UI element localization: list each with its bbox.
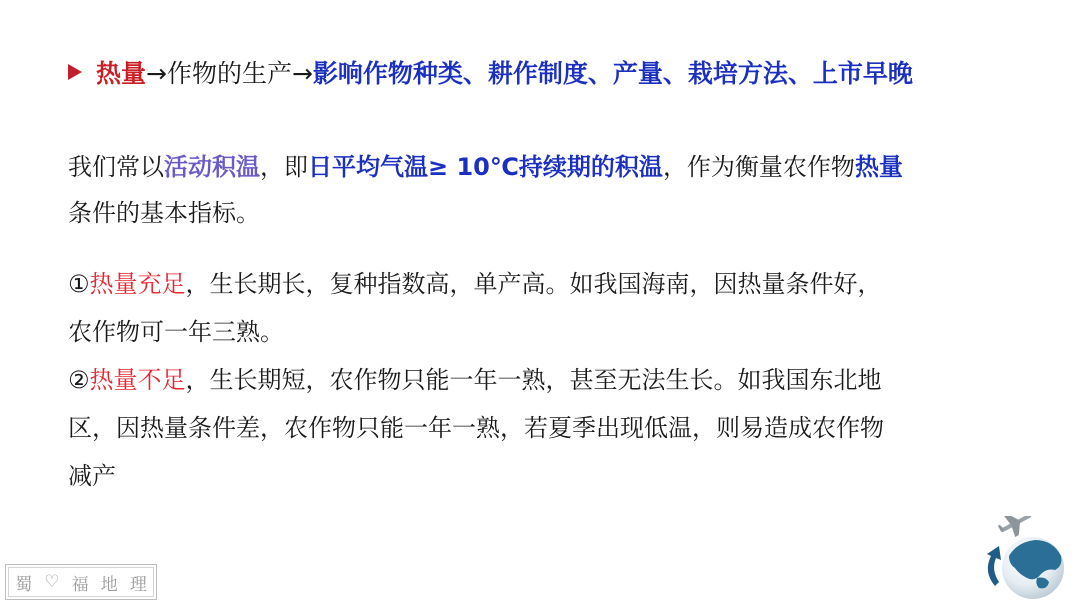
- logo-glyph: 理: [130, 570, 147, 595]
- item-marker: ②: [68, 366, 90, 394]
- arrow-bullet-icon: [68, 64, 82, 80]
- term-definition: 日平均气温≥ 10℃持续期的积温: [308, 153, 663, 181]
- item1-line1: ①热量充足，生长期长，复种指数高，单产高。如我国海南，因热量条件好，: [68, 260, 1018, 308]
- paragraph-accumulated-temperature: 我们常以活动积温，即日平均气温≥ 10℃持续期的积温，作为衡量农作物热量 条件的…: [68, 144, 1018, 236]
- text: ，生长期短，农作物只能一年一熟，甚至无法生长。如我国东北地: [186, 366, 882, 394]
- logo-glyph: 蜀: [15, 570, 32, 595]
- label-sufficient-heat: 热量充足: [90, 270, 186, 298]
- label-insufficient-heat: 热量不足: [90, 366, 186, 394]
- logo-glyph: 福: [72, 570, 89, 595]
- title-middle-text: →作物的生产→: [146, 54, 313, 90]
- paragraph1-line1: 我们常以活动积温，即日平均气温≥ 10℃持续期的积温，作为衡量农作物热量: [68, 144, 1018, 190]
- item1-line2: 农作物可一年三熟。: [68, 308, 1018, 356]
- item-marker: ①: [68, 270, 90, 298]
- footer-logo: 蜀 ♡ 福 地 理: [5, 564, 157, 600]
- item2-line1: ②热量不足，生长期短，农作物只能一年一熟，甚至无法生长。如我国东北地: [68, 356, 1018, 404]
- text: ，即: [260, 153, 308, 181]
- text: 我们常以: [68, 153, 164, 181]
- text: ，作为衡量农作物: [663, 153, 855, 181]
- title-line: 热量 →作物的生产→ 影响作物种类、耕作制度、产量、栽培方法、上市早晚: [68, 52, 913, 92]
- logo-glyph: 地: [101, 570, 118, 595]
- paragraph-heat-conditions: ①热量充足，生长期长，复种指数高，单产高。如我国海南，因热量条件好， 农作物可一…: [68, 260, 1018, 500]
- slide: 热量 →作物的生产→ 影响作物种类、耕作制度、产量、栽培方法、上市早晚 我们常以…: [0, 0, 1080, 608]
- text: ，生长期长，复种指数高，单产高。如我国海南，因热量条件好，: [186, 270, 882, 298]
- title-keyword-heat: 热量: [96, 54, 146, 90]
- term-active-accumulated-temperature: 活动积温: [164, 153, 260, 181]
- item2-line3: 减产: [68, 452, 1018, 500]
- item2-line2: 区，因热量条件差，农作物只能一年一熟，若夏季出现低温，则易造成农作物: [68, 404, 1018, 452]
- title-effects-text: 影响作物种类、耕作制度、产量、栽培方法、上市早晚: [313, 54, 913, 90]
- footer-logo-glyphs: 蜀 ♡ 福 地 理: [8, 567, 154, 597]
- logo-heart-icon: ♡: [44, 572, 59, 592]
- term-heat: 热量: [855, 153, 903, 181]
- globe-airplane-icon: [975, 516, 1070, 602]
- paragraph1-line2: 条件的基本指标。: [68, 190, 1018, 236]
